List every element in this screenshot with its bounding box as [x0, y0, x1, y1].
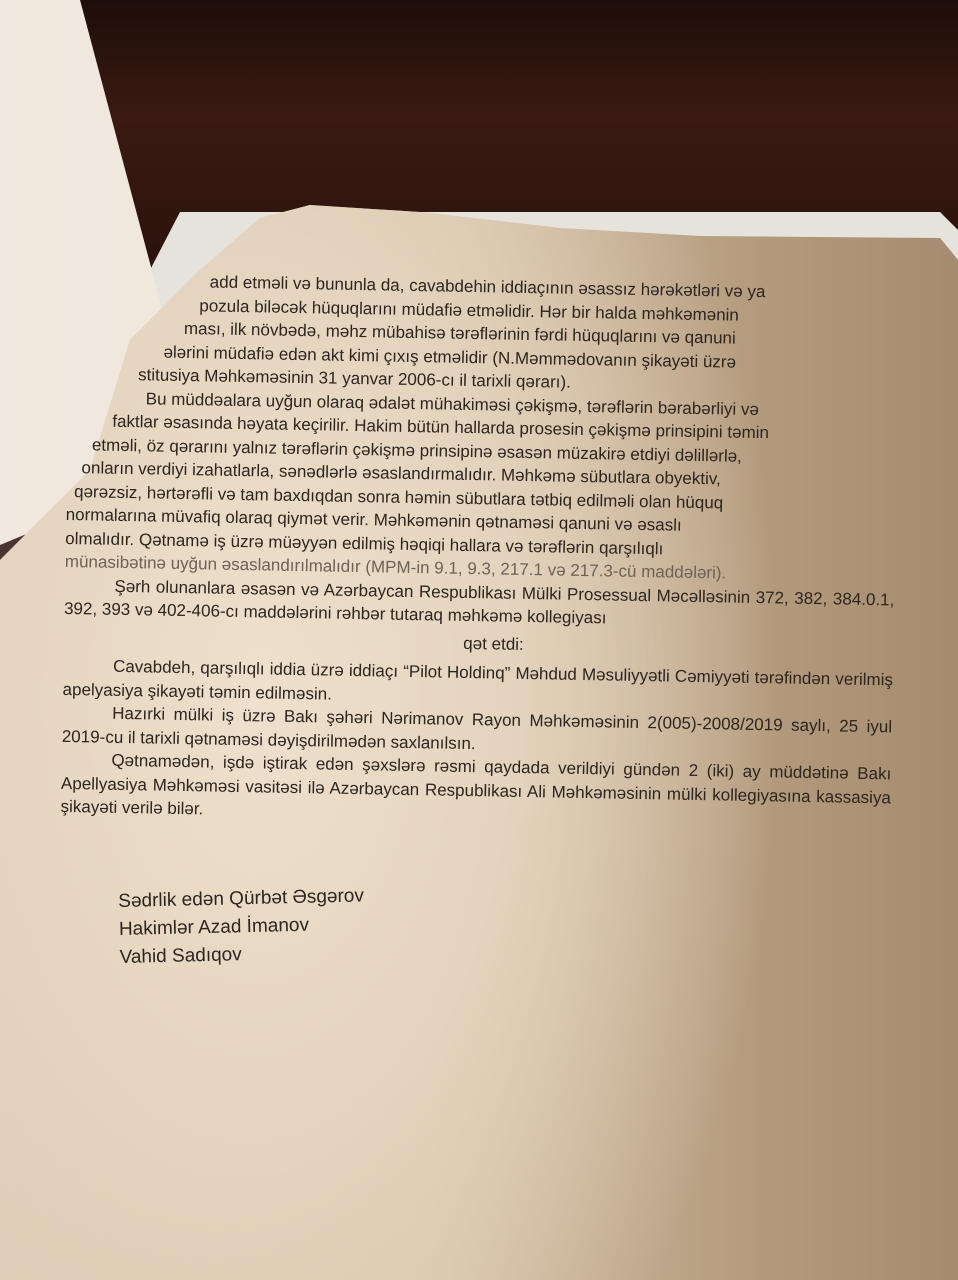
signature-block: Sədrlik edən Qürbət Əsgərov Hakimlər Aza…: [118, 882, 365, 972]
document-body: add etməli və bununla da, cavabdehin idd…: [60, 268, 899, 833]
ruling-cassation-right: Qətnamədən, işdə iştirak edən şəxslərə r…: [60, 748, 891, 833]
signature-judge: Vahid Sadıqov: [119, 938, 365, 972]
signature-presiding-judge: Sədrlik edən Qürbət Əsgərov: [118, 882, 364, 916]
